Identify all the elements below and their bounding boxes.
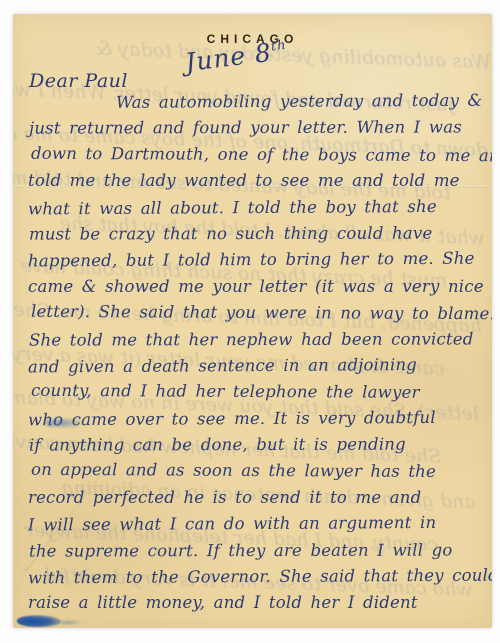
letter-line: down to Dartmouth, one of the boys came … [31, 141, 490, 170]
letter-paper: Was automobiling yesterday and today &ju… [13, 14, 492, 628]
letter-line: who came over to see me. It is very doub… [28, 404, 490, 433]
letter-line: raise a little money, and I told her I d… [28, 590, 490, 616]
letter-line: Was automobiling yesterday and today & [28, 88, 490, 117]
letter-line: if anything can be done, but it is pendi… [29, 431, 490, 459]
letter-line: just returned and found your letter. Whe… [29, 115, 490, 143]
date-suffix: th [270, 38, 287, 55]
ink-blot-smear [55, 620, 81, 625]
letter-line: and given a death sentence in an adjoini… [28, 351, 490, 380]
letter-line: told me the lady wanted to see me and to… [28, 168, 490, 194]
scanned-letter: Was automobiling yesterday and today &ju… [0, 0, 500, 643]
letter-line: happened, but I told him to bring her to… [28, 246, 490, 275]
letter-line: must be crazy that no such thing could h… [29, 220, 490, 248]
date-month: June [184, 41, 248, 77]
letter-body: Was automobiling yesterday and today & j… [28, 89, 490, 617]
letter-line: record perfected he is to send it to me … [28, 485, 490, 511]
letter-line: the supreme court. If they are beaten I … [29, 537, 490, 565]
letter-line: letter). She said that you were in no wa… [31, 299, 490, 328]
letter-line: county, and I had her telephone the lawy… [31, 378, 490, 407]
letter-line: I will see what I can do with an argumen… [28, 510, 490, 539]
letter-line: came & showed me your letter (it was a v… [28, 274, 490, 300]
letter-line: with them to the Governor. She said that… [28, 563, 490, 592]
letter-line: on appeal and as soon as the lawyer has … [31, 457, 490, 486]
letter-line: She told me that her nephew had been con… [29, 326, 490, 354]
letter-line: what it was all about. I told the boy th… [28, 193, 490, 222]
